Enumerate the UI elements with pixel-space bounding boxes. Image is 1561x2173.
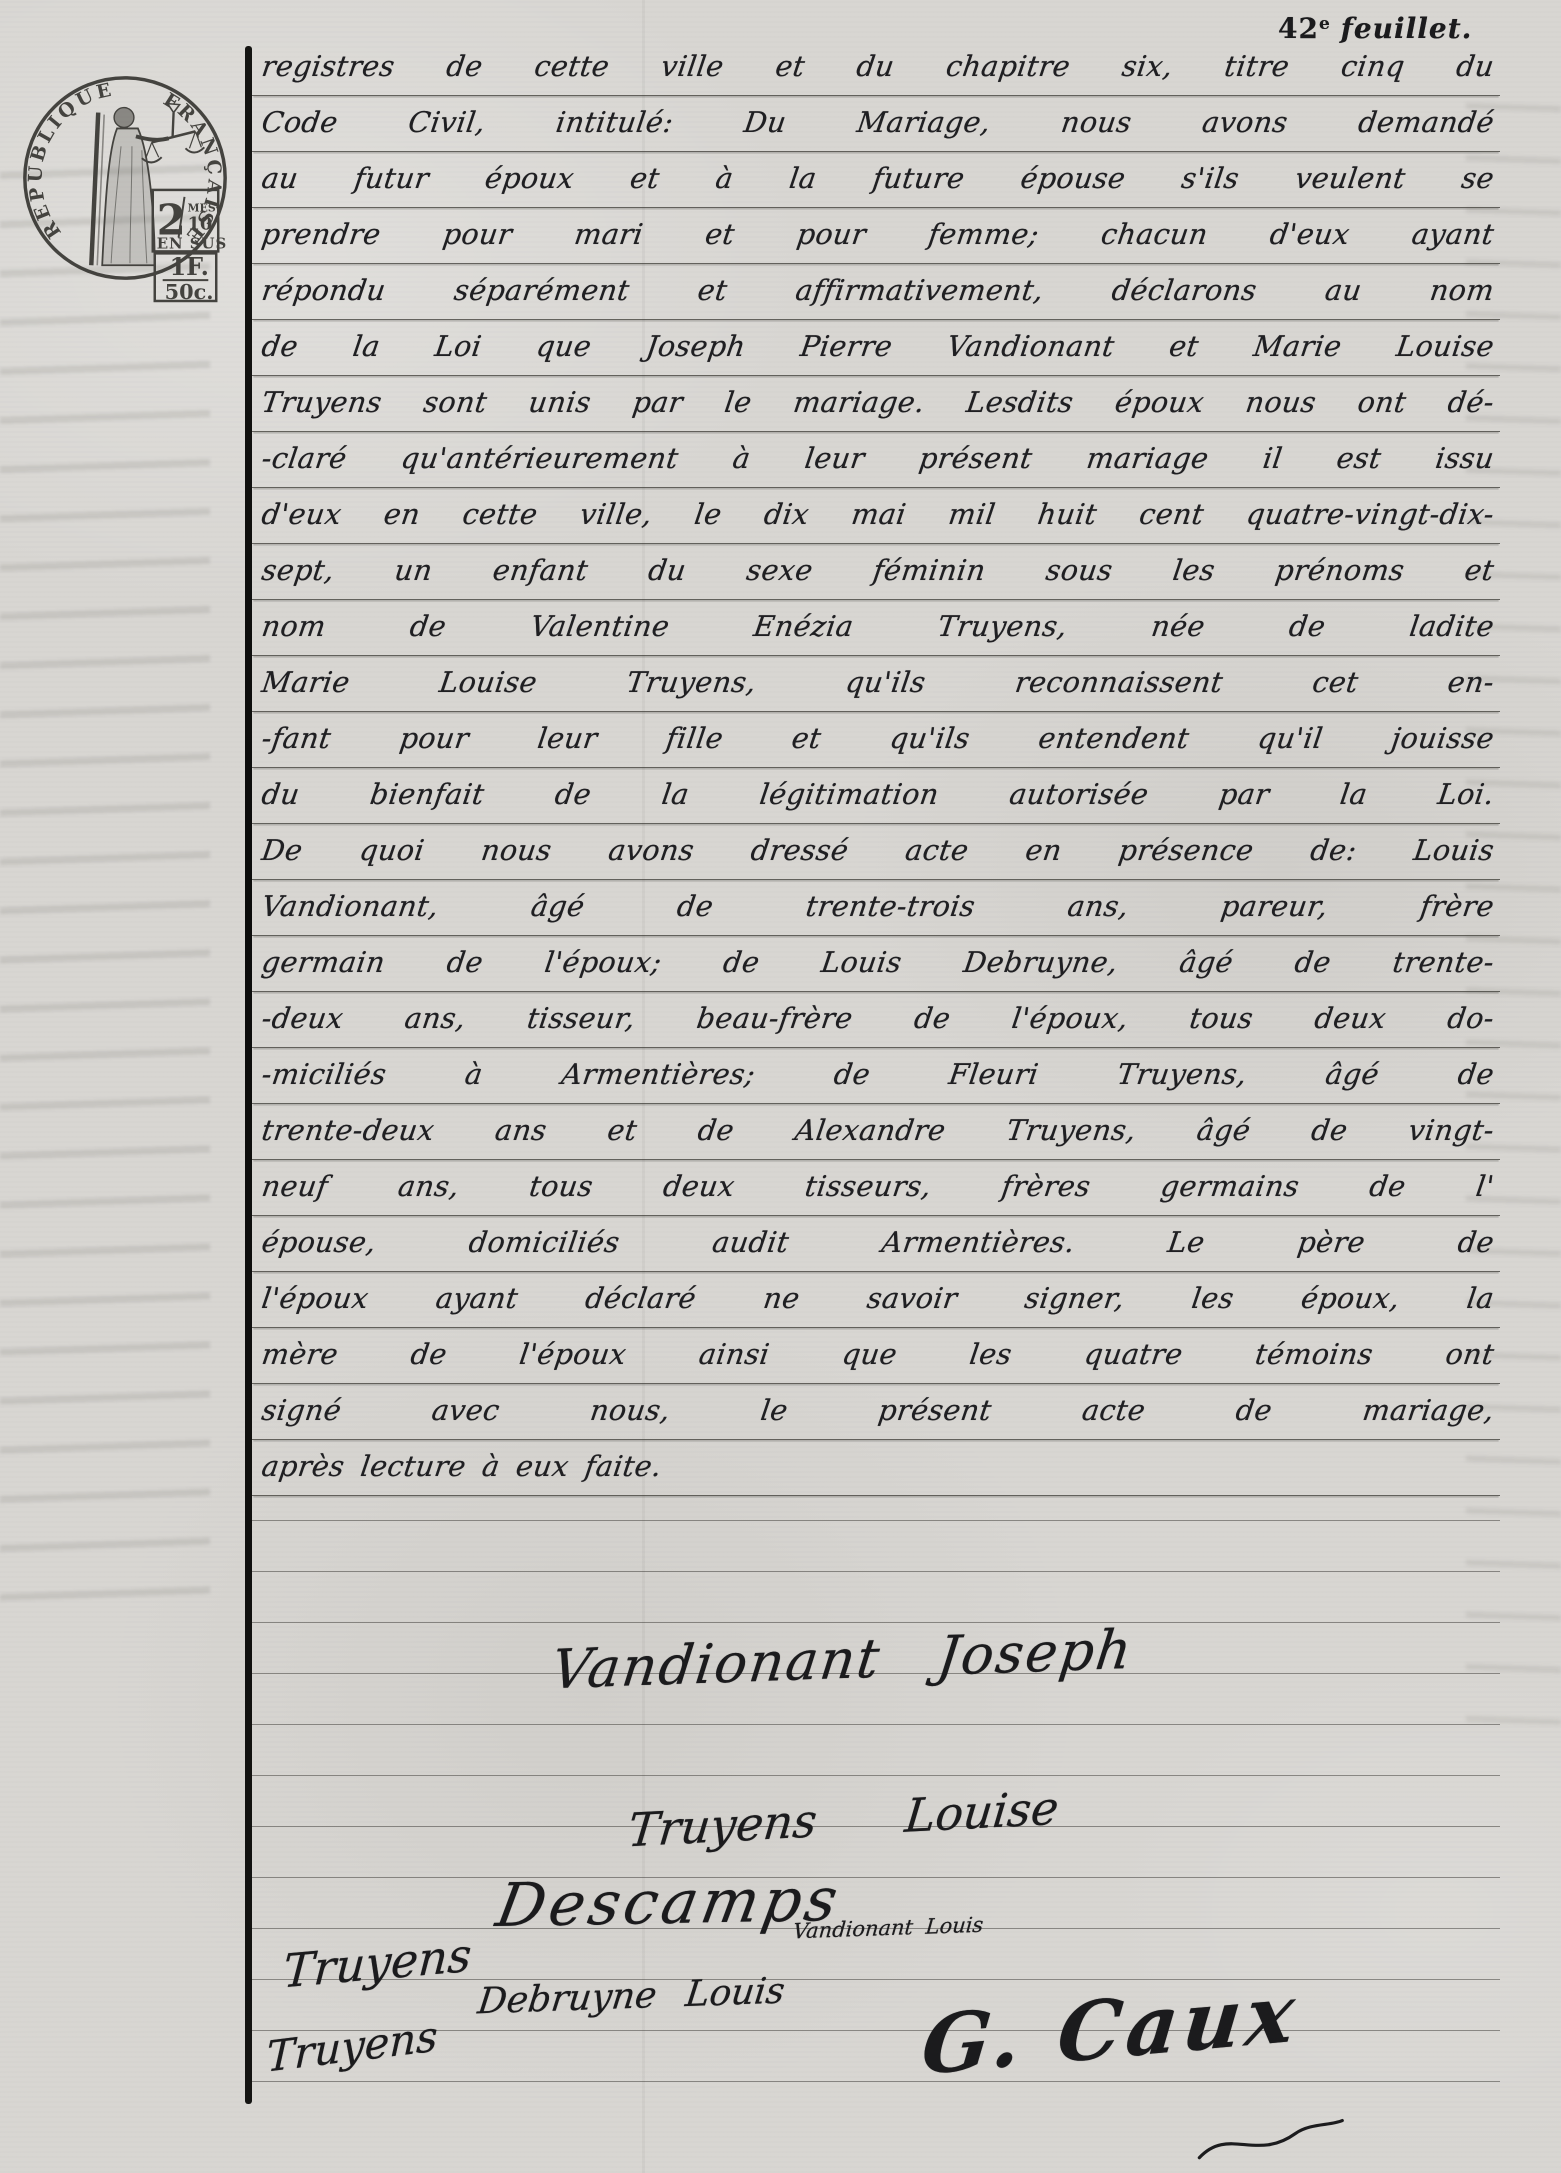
manuscript-line: germain de l'époux; de Louis Debruyne, â… bbox=[252, 936, 1500, 992]
ruled-line bbox=[252, 2031, 1500, 2082]
ruled-line bbox=[252, 1980, 1500, 2031]
price-centimes: 50c. bbox=[165, 279, 214, 304]
verso-bleed-left bbox=[0, 130, 210, 1610]
manuscript-line-text: nom de Valentine Enézia Truyens, née de … bbox=[252, 600, 1508, 655]
ruled-line bbox=[252, 1725, 1500, 1776]
margin-rule bbox=[245, 46, 252, 2104]
manuscript-line: l'époux ayant déclaré ne savoir signer, … bbox=[252, 1272, 1500, 1328]
manuscript-line-text: -deux ans, tisseur, beau-frère de l'épou… bbox=[252, 992, 1508, 1047]
manuscript-line-text: répondu séparément et affirmativement, d… bbox=[252, 264, 1508, 319]
manuscript-line-text: -miciliés à Armentières; de Fleuri Truye… bbox=[252, 1048, 1508, 1103]
manuscript-line-text: Code Civil, intitulé: Du Mariage, nous a… bbox=[252, 96, 1508, 151]
ruled-line bbox=[252, 1572, 1500, 1623]
manuscript-line-text: De quoi nous avons dressé acte en présen… bbox=[252, 824, 1508, 879]
revenue-stamp: RÉPUBLIQUE FRANÇAISE bbox=[6, 54, 244, 306]
manuscript-line: -fant pour leur fille et qu'ils entenden… bbox=[252, 712, 1500, 768]
manuscript-line-text: neuf ans, tous deux tisseurs, frères ger… bbox=[252, 1160, 1508, 1215]
manuscript-line-text: de la Loi que Joseph Pierre Vandionant e… bbox=[252, 320, 1508, 375]
manuscript-line-text: épouse, domiciliés audit Armentières. Le… bbox=[252, 1216, 1508, 1271]
manuscript-line: trente-deux ans et de Alexandre Truyens,… bbox=[252, 1104, 1500, 1160]
manuscript-line-text: prendre pour mari et pour femme; chacun … bbox=[252, 208, 1508, 263]
manuscript-line-text: l'époux ayant déclaré ne savoir signer, … bbox=[252, 1272, 1508, 1327]
manuscript-line: au futur époux et à la future épouse s'i… bbox=[252, 152, 1500, 208]
folio-superscript: e bbox=[1319, 14, 1331, 34]
manuscript-line: d'eux en cette ville, le dix mai mil hui… bbox=[252, 488, 1500, 544]
manuscript-line-text: -fant pour leur fille et qu'ils entenden… bbox=[252, 712, 1508, 767]
manuscript-line: neuf ans, tous deux tisseurs, frères ger… bbox=[252, 1160, 1500, 1216]
manuscript-line: registres de cette ville et du chapitre … bbox=[252, 40, 1500, 96]
manuscript-line-text: -claré qu'antérieurement à leur présent … bbox=[252, 432, 1508, 487]
justice-robe bbox=[102, 128, 155, 265]
manuscript-text: registres de cette ville et du chapitre … bbox=[252, 40, 1500, 1496]
document-page: 42efeuillet. RÉPUBLIQUE FRANÇAISE bbox=[0, 0, 1561, 2173]
manuscript-line-text: Marie Louise Truyens, qu'ils reconnaisse… bbox=[252, 656, 1508, 711]
manuscript-line-text: signé avec nous, le présent acte de mari… bbox=[252, 1384, 1508, 1439]
surcharge-small-bottom: 10 bbox=[187, 214, 212, 235]
manuscript-line-text: Vandionant, âgé de trente-trois ans, par… bbox=[252, 880, 1508, 935]
manuscript-line: épouse, domiciliés audit Armentières. Le… bbox=[252, 1216, 1500, 1272]
manuscript-line: signé avec nous, le présent acte de mari… bbox=[252, 1384, 1500, 1440]
manuscript-line-text: d'eux en cette ville, le dix mai mil hui… bbox=[252, 488, 1508, 543]
ruled-line bbox=[252, 1521, 1500, 1572]
manuscript-line: -deux ans, tisseur, beau-frère de l'épou… bbox=[252, 992, 1500, 1048]
manuscript-line: -miciliés à Armentières; de Fleuri Truye… bbox=[252, 1048, 1500, 1104]
manuscript-line: du bienfait de la légitimation autorisée… bbox=[252, 768, 1500, 824]
manuscript-line: prendre pour mari et pour femme; chacun … bbox=[252, 208, 1500, 264]
manuscript-line: Code Civil, intitulé: Du Mariage, nous a… bbox=[252, 96, 1500, 152]
stamp-price-block: 1F. 50c. bbox=[155, 253, 216, 304]
manuscript-line: sept, un enfant du sexe féminin sous les… bbox=[252, 544, 1500, 600]
manuscript-line: Truyens sont unis par le mariage. Lesdit… bbox=[252, 376, 1500, 432]
manuscript-line-text: registres de cette ville et du chapitre … bbox=[252, 40, 1508, 95]
manuscript-line-text: au futur époux et à la future épouse s'i… bbox=[252, 152, 1508, 207]
ruled-line bbox=[252, 1470, 1500, 1521]
surcharge-text: EN SUS bbox=[157, 234, 227, 252]
manuscript-line-text: du bienfait de la légitimation autorisée… bbox=[252, 768, 1508, 823]
manuscript-line: Marie Louise Truyens, qu'ils reconnaisse… bbox=[252, 656, 1500, 712]
manuscript-line: répondu séparément et affirmativement, d… bbox=[252, 264, 1500, 320]
paraph-stroke bbox=[1197, 2121, 1344, 2158]
manuscript-line: De quoi nous avons dressé acte en présen… bbox=[252, 824, 1500, 880]
manuscript-line: nom de Valentine Enézia Truyens, née de … bbox=[252, 600, 1500, 656]
price-francs: 1F. bbox=[170, 253, 209, 281]
officiant-paraph bbox=[1190, 2110, 1354, 2172]
manuscript-line: -claré qu'antérieurement à leur présent … bbox=[252, 432, 1500, 488]
ruled-blank-lines bbox=[252, 1470, 1500, 2082]
manuscript-line-text: mère de l'époux ainsi que les quatre tém… bbox=[252, 1328, 1508, 1383]
manuscript-line-text: sept, un enfant du sexe féminin sous les… bbox=[252, 544, 1508, 599]
manuscript-line: mère de l'époux ainsi que les quatre tém… bbox=[252, 1328, 1500, 1384]
manuscript-line: Vandionant, âgé de trente-trois ans, par… bbox=[252, 880, 1500, 936]
manuscript-line: de la Loi que Joseph Pierre Vandionant e… bbox=[252, 320, 1500, 376]
manuscript-line-text: Truyens sont unis par le mariage. Lesdit… bbox=[252, 376, 1508, 431]
justice-head bbox=[114, 108, 134, 128]
manuscript-line-text: germain de l'époux; de Louis Debruyne, â… bbox=[252, 936, 1508, 991]
manuscript-line-text: trente-deux ans et de Alexandre Truyens,… bbox=[252, 1104, 1508, 1159]
